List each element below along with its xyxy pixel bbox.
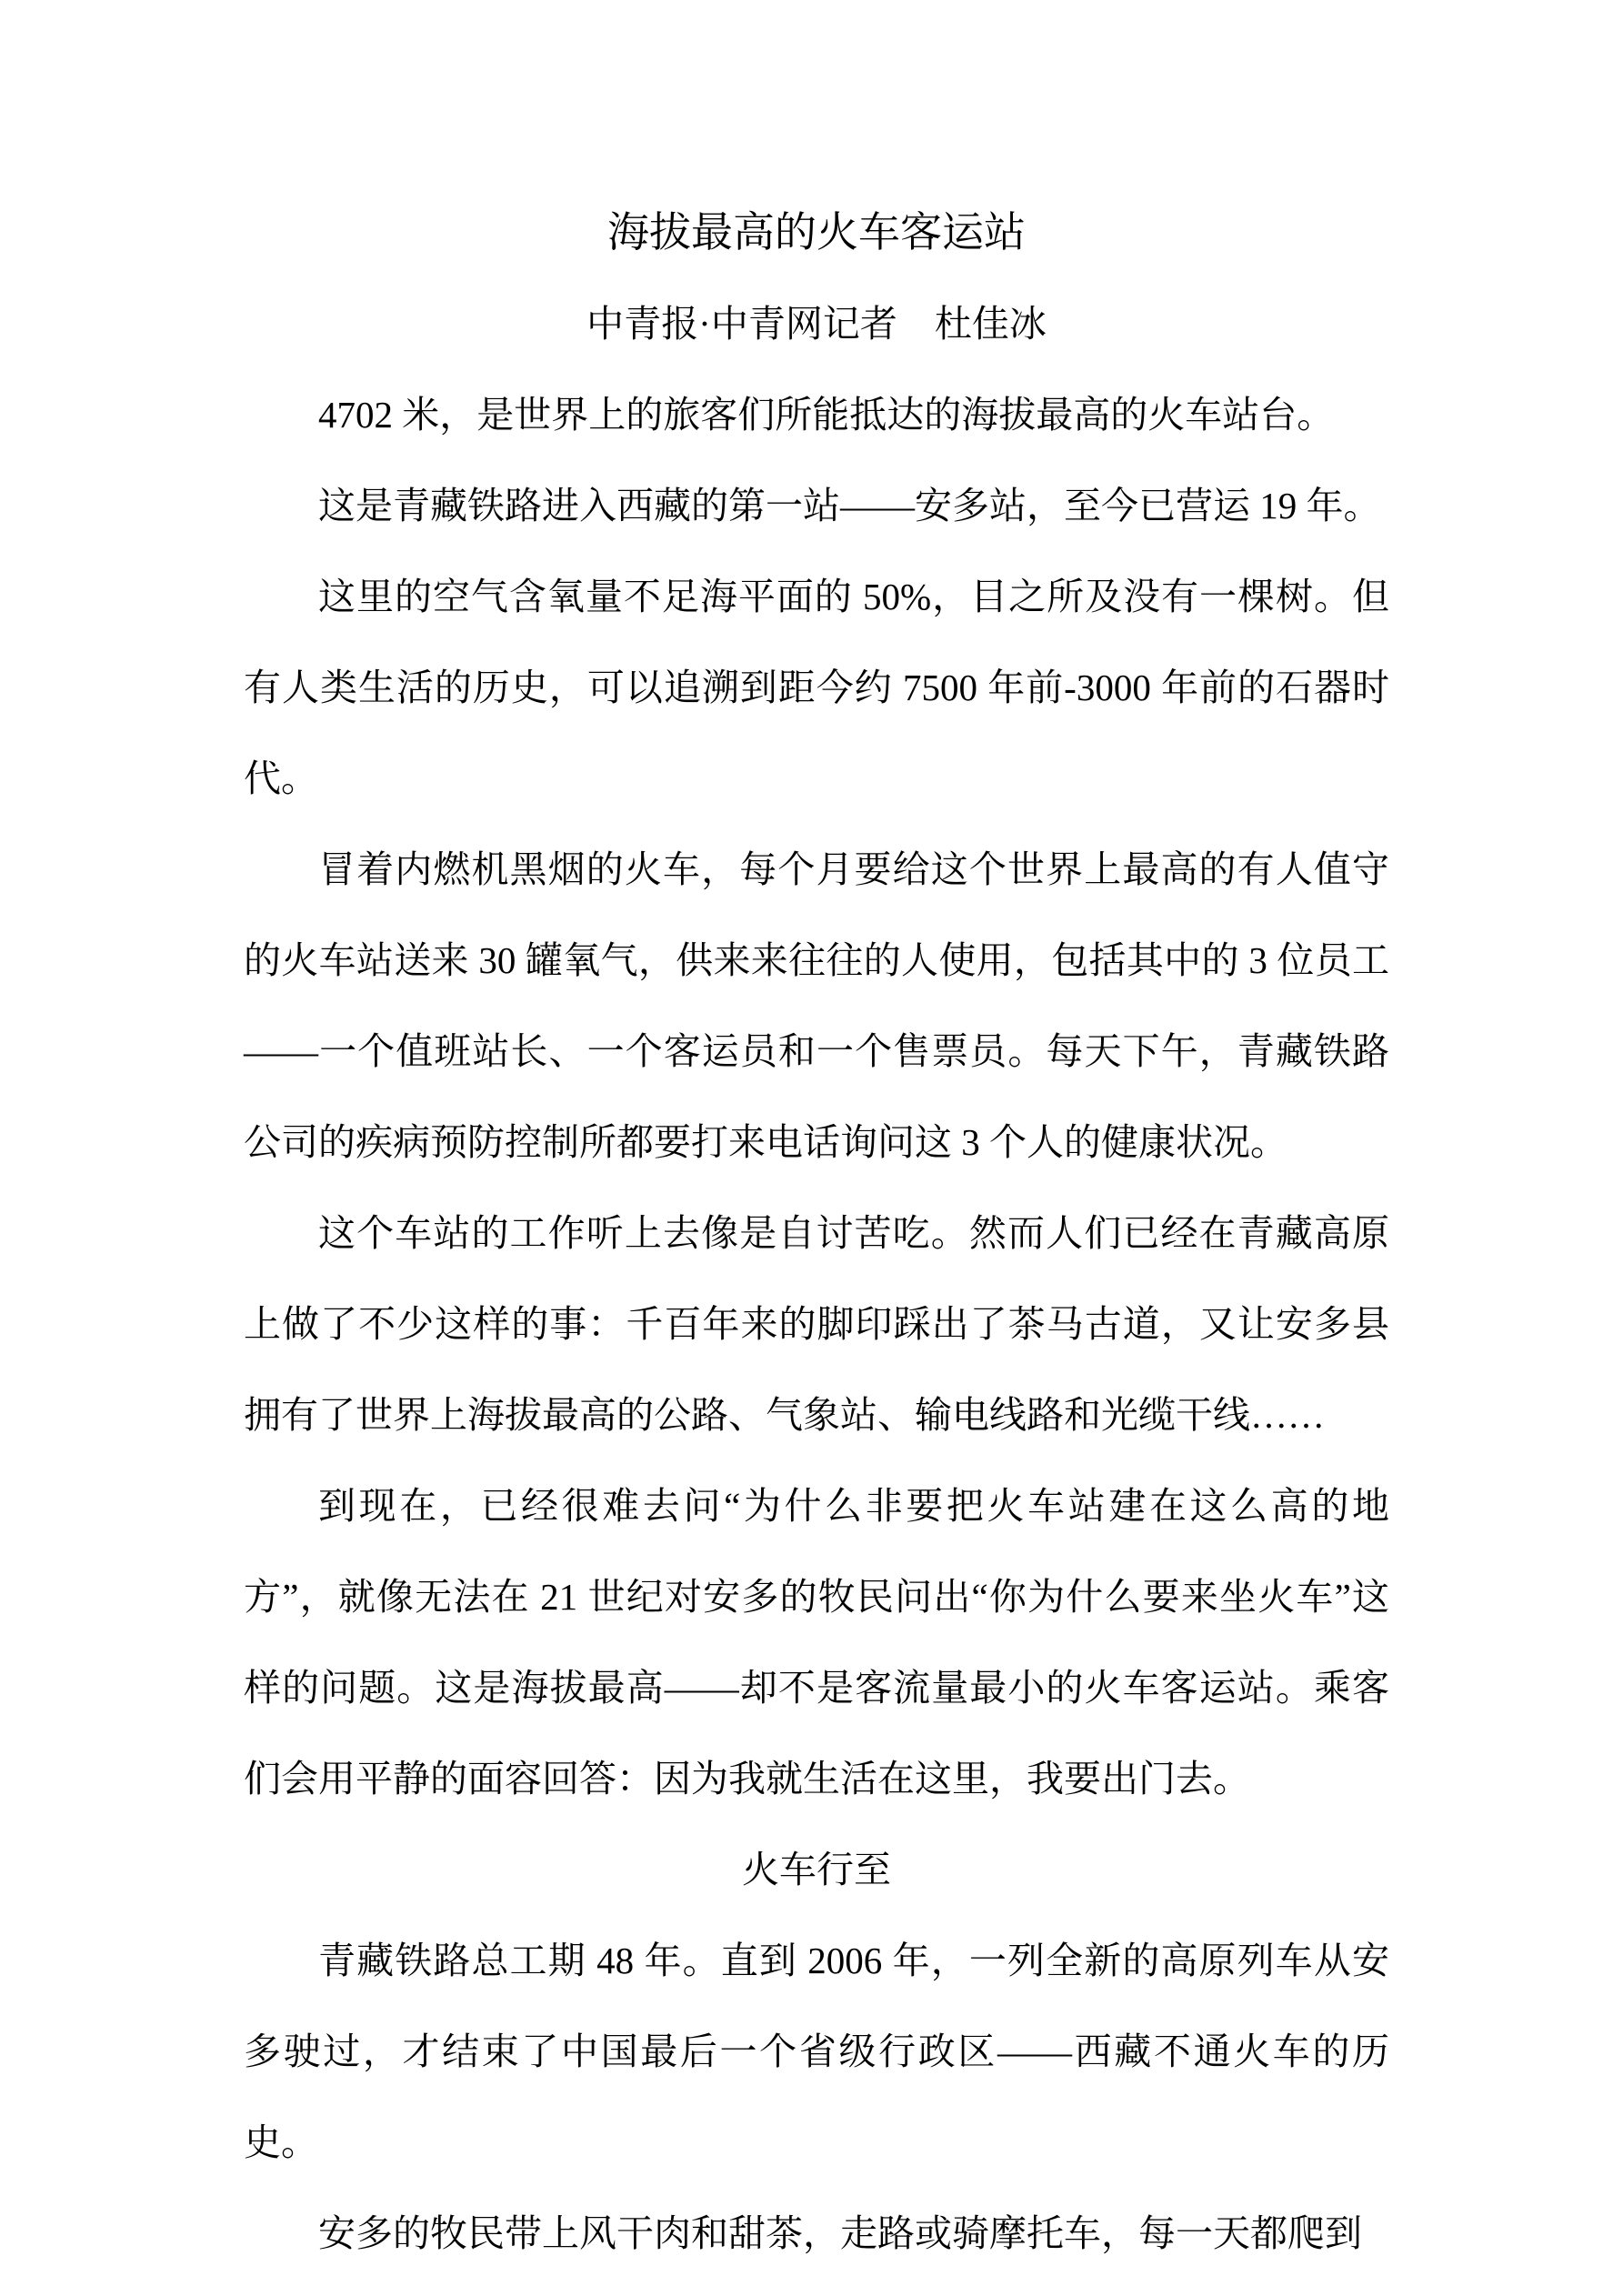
document-page: 海拔最高的火车客运站 中青报·中青网记者 杜佳冰 4702 米，是世界上的旅客们… <box>0 0 1623 2296</box>
article-title: 海拔最高的火车客运站 <box>244 187 1389 278</box>
paragraph: 4702 米，是世界上的旅客们所能抵达的海拔最高的火车站台。 <box>244 369 1389 460</box>
paragraph: 这个车站的工作听上去像是自讨苦吃。然而人们已经在青藏高原上做了不少这样的事：千百… <box>244 1188 1389 1460</box>
paragraph: 这里的空气含氧量不足海平面的 50%，目之所及没有一棵树。但有人类生活的历史，可… <box>244 551 1389 824</box>
paragraph: 到现在，已经很难去问“为什么非要把火车站建在这么高的地方”，就像无法在 21 世… <box>244 1460 1389 1824</box>
paragraph: 安多的牧民带上风干肉和甜茶，走路或骑摩托车，每一天都爬到 <box>244 2188 1389 2279</box>
section-body: 青藏铁路总工期 48 年。直到 2006 年，一列全新的高原列车从安多驶过，才结… <box>244 1915 1389 2279</box>
article-byline: 中青报·中青网记者 杜佳冰 <box>244 278 1389 369</box>
paragraph: 冒着内燃机黑烟的火车，每个月要给这个世界上最高的有人值守的火车站送来 30 罐氧… <box>244 824 1389 1188</box>
paragraph: 这是青藏铁路进入西藏的第一站——安多站，至今已营运 19 年。 <box>244 460 1389 551</box>
article-body: 4702 米，是世界上的旅客们所能抵达的海拔最高的火车站台。这是青藏铁路进入西藏… <box>244 369 1389 1824</box>
paragraph: 青藏铁路总工期 48 年。直到 2006 年，一列全新的高原列车从安多驶过，才结… <box>244 1915 1389 2188</box>
article: 海拔最高的火车客运站 中青报·中青网记者 杜佳冰 4702 米，是世界上的旅客们… <box>244 187 1389 2279</box>
section-heading: 火车行至 <box>244 1824 1389 1915</box>
